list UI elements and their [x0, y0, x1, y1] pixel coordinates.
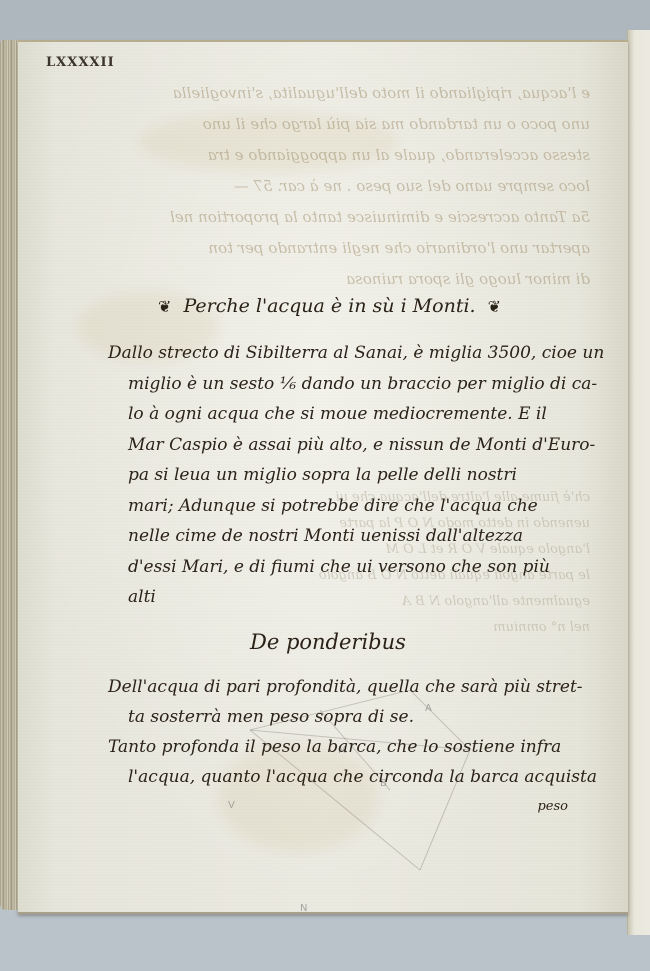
ornament-icon: ❦: [488, 297, 501, 316]
pencil-label: N: [300, 903, 307, 914]
bleed-line: e l'acqua, ripigliando il moto dell'ugua…: [100, 78, 590, 109]
text-line: l'acqua, quanto l'acqua che circonda la …: [108, 762, 588, 792]
text-line: alti: [108, 582, 588, 613]
text-line: nelle cime de nostri Monti uenissi dall'…: [108, 521, 588, 552]
text-line: Tanto profonda il peso la barca, che lo …: [108, 732, 588, 762]
ornament-icon: ❦: [158, 297, 171, 316]
folio-number: LXXXXII: [46, 55, 115, 70]
bleed-line: loco sempre uano del suo peso . ne à car…: [100, 171, 590, 202]
text-line: pa si leua un miglio sopra la pelle dell…: [108, 460, 588, 491]
bleed-line: apertar uno l'ordinario che negli entran…: [100, 233, 590, 264]
section-title: Perche l'acqua è in sù i Monti.: [183, 295, 475, 317]
bleed-line: di minor luogo gli spora ruinosa: [100, 264, 590, 295]
text-line: d'essi Mari, e di fiumi che ui versono c…: [108, 552, 588, 583]
text-line: Dallo strecto di Sibilterra al Sanai, è …: [108, 338, 588, 369]
section-body: Dell'acqua di pari profondità, quella ch…: [108, 672, 588, 822]
bleed-through-upper: e l'acqua, ripigliando il moto dell'ugua…: [100, 78, 590, 295]
text-line: miglio è un sesto ⅙ dando un braccio per…: [108, 369, 588, 400]
bleed-line: stesso accelerando, quale al un appoggia…: [100, 140, 590, 171]
right-page-edge: [627, 30, 650, 935]
text-line: Dell'acqua di pari profondità, quella ch…: [108, 672, 588, 702]
section-body: Dallo strecto di Sibilterra al Sanai, è …: [108, 338, 588, 613]
text-line: lo à ogni acqua che si moue mediocrement…: [108, 399, 588, 430]
text-line: mari; Adunque si potrebbe dire che l'acq…: [108, 491, 588, 522]
section-heading: ❦ Perche l'acqua è in sù i Monti. ❦: [152, 295, 507, 317]
bleed-line: 5a Tanto accrescie e diminuisce tanto la…: [100, 202, 590, 233]
bleed-line: uno poco o un tardando ma sia più largo …: [100, 109, 590, 140]
scan-background: LXXXXII e l'acqua, ripigliando il moto d…: [0, 0, 650, 971]
text-line: ta sosterrà men peso sopra di se.: [108, 702, 588, 732]
text-line: peso: [108, 792, 588, 822]
text-line: Mar Caspio è assai più alto, e nissun de…: [108, 430, 588, 461]
section-heading: De ponderibus: [250, 630, 406, 654]
